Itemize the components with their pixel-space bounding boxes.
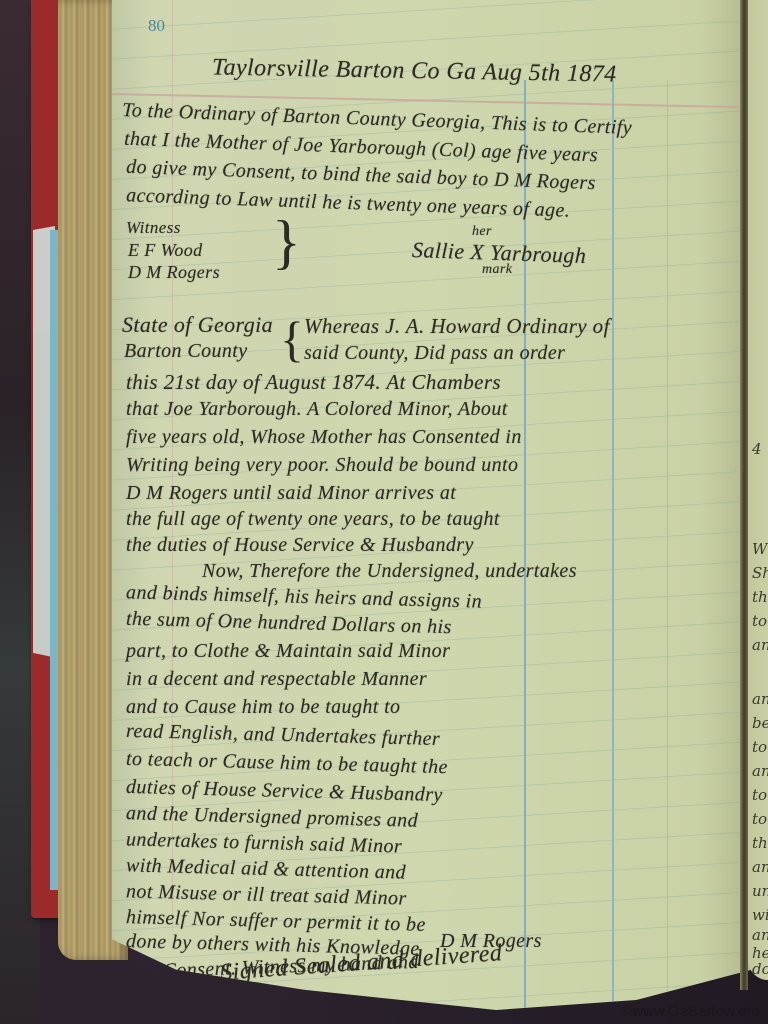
next-page-fragment: and bbox=[752, 926, 768, 944]
next-page-fragment: they bbox=[752, 588, 768, 606]
indenture-line: Now, Therefore the Undersigned, undertak… bbox=[202, 560, 577, 583]
next-page: 4 Wh Sh they to b and and bein to Cl and… bbox=[748, 0, 768, 980]
signature-mark-her: her bbox=[472, 224, 492, 240]
indenture-line: the duties of House Service & Husbandry bbox=[126, 534, 474, 557]
witness-name: D M Rogers bbox=[128, 262, 220, 283]
indenture-line: and to Cause him to be taught to bbox=[126, 696, 400, 719]
brace-icon: } bbox=[272, 212, 301, 272]
next-page-fragment: to tea bbox=[752, 810, 768, 828]
indenture-line: the full age of twenty one years, to be … bbox=[126, 508, 500, 531]
next-page-fragment: und bbox=[752, 882, 768, 900]
signature-mark-mark: mark bbox=[482, 262, 512, 278]
next-page-fragment: to re bbox=[752, 786, 768, 804]
next-page-fragment: to Cl bbox=[752, 738, 768, 756]
indenture-line: Seal. bbox=[136, 978, 177, 1001]
indenture-line: Whereas J. A. Howard Ordinary of bbox=[304, 314, 610, 339]
indenture-line: in a decent and respectable Manner bbox=[126, 668, 427, 691]
next-page-fragment: the b bbox=[752, 834, 768, 852]
indenture-line: part, to Clothe & Maintain said Minor bbox=[126, 640, 450, 663]
caption-county: Barton County bbox=[124, 340, 248, 363]
next-page-fragment: Wh bbox=[752, 540, 768, 558]
next-page-fragment: and bbox=[752, 858, 768, 876]
column-line bbox=[612, 80, 614, 1010]
brace-icon: { bbox=[280, 312, 304, 366]
next-page-fragment: and bbox=[752, 690, 768, 708]
next-page-fragment: with bbox=[752, 906, 768, 924]
next-page-fragment: and bbox=[752, 762, 768, 780]
caption-state: State of Georgia bbox=[122, 312, 273, 338]
next-page-fragment: do bbox=[752, 960, 768, 978]
next-page-fragment: bein bbox=[752, 714, 768, 732]
indenture-line: D M Rogers until said Minor arrives at bbox=[126, 482, 456, 505]
indenture-line: five years old, Whose Mother has Consent… bbox=[126, 426, 522, 449]
next-page-fragment: Sh bbox=[752, 564, 768, 582]
indenture-line: said County, Did pass an order bbox=[304, 342, 565, 365]
indenture-line: this 21st day of August 1874. At Chamber… bbox=[126, 370, 501, 395]
indenture-line: that Joe Yarborough. A Colored Minor, Ab… bbox=[126, 398, 508, 421]
ledger-page: 80 Taylorsville Barton Co Ga Aug 5th 187… bbox=[112, 0, 752, 1010]
page-number: 80 bbox=[148, 16, 165, 36]
witness-name: E F Wood bbox=[128, 240, 203, 261]
book-gutter bbox=[740, 0, 748, 990]
indenture-line: Writing being very poor. Should be bound… bbox=[126, 454, 518, 477]
watermark: ©www.GaBartow.org bbox=[621, 1003, 760, 1020]
next-page-fragment: and bbox=[752, 636, 768, 654]
column-line bbox=[667, 80, 668, 1010]
next-page-fragment: to b bbox=[752, 612, 768, 630]
next-page-fragment: 4 bbox=[752, 440, 762, 458]
witness-label: Witness bbox=[126, 218, 181, 238]
